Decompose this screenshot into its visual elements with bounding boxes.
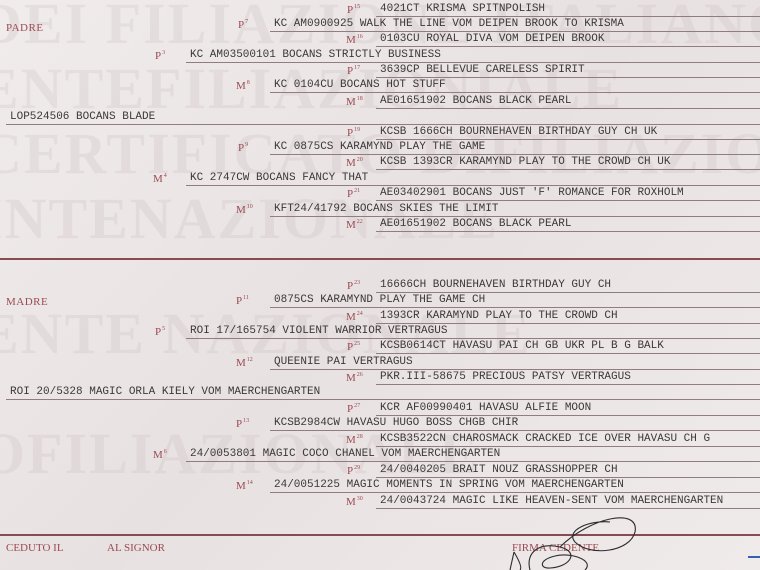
pedigree-tag: M14 (236, 480, 253, 492)
pedigree-tag: M18 (346, 96, 363, 108)
ancestor-entry: 3639CP BELLEVUE CARELESS SPIRIT (376, 64, 760, 78)
ancestor-entry: KC AM03500101 BOCANS STRICTLY BUSINESS (186, 49, 760, 63)
sire-section-label: PADRE (6, 22, 44, 34)
pedigree-tag: P9 (238, 142, 248, 154)
ancestor-entry: KCR AF00990401 HAVASU ALFIE MOON (376, 402, 760, 416)
ancestor-entry: KCSB 1666CH BOURNEHAVEN BIRTHDAY GUY CH … (376, 126, 760, 140)
pedigree-tag: M22 (346, 219, 363, 231)
pedigree-tag: P13 (236, 418, 249, 430)
pedigree-tag: M24 (346, 311, 363, 323)
pedigree-tag: P23 (347, 280, 360, 292)
ancestor-entry: ROI 17/165754 VIOLENT WARRIOR VERTRAGUS (186, 325, 760, 339)
pedigree-tag: P15 (347, 4, 360, 16)
ancestor-entry: KCSB2984CW HAVASU HUGO BOSS CHGB CHIR (270, 417, 760, 431)
pedigree-tag: M30 (346, 496, 363, 508)
sire-subject-entry: LOP524506 BOCANS BLADE (6, 111, 760, 125)
pedigree-tag: P7 (238, 19, 248, 31)
ancestor-entry: KC 2747CW BOCANS FANCY THAT (186, 172, 760, 186)
pedigree-tag: M6 (153, 449, 167, 461)
pedigree-tag: P29 (347, 465, 360, 477)
dam-section-label: MADRE (6, 296, 48, 308)
ancestor-entry: KFT24/41792 BOCANS SKIES THE LIMIT (270, 203, 760, 217)
ancestor-entry: 24/0053801 MAGIC COCO CHANEL VOM MAERCHE… (186, 448, 760, 462)
ancestor-entry: KC AM0900925 WALK THE LINE VOM DEIPEN BR… (270, 18, 760, 32)
pedigree-tag: M20 (346, 157, 363, 169)
ancestor-entry: PKR.III-58675 PRECIOUS PATSY VERTRAGUS (376, 371, 760, 385)
pedigree-tag: M16 (346, 34, 363, 46)
section-divider (0, 258, 760, 260)
ancestor-entry: 24/0043724 MAGIC LIKE HEAVEN-SENT VOM MA… (376, 495, 760, 509)
ancestor-entry: AE01651902 BOCANS BLACK PEARL (376, 95, 760, 109)
pedigree-tag: M28 (346, 434, 363, 446)
ancestor-entry: 0875CS KARAMYND PLAY THE GAME CH (270, 294, 760, 308)
ancestor-entry: KC 0104CU BOCANS HOT STUFF (270, 79, 760, 93)
pedigree-tag: M8 (236, 80, 250, 92)
ancestor-entry: KC 0875CS KARAMYND PLAY THE GAME (270, 141, 760, 155)
ancestor-entry: KCSB0614CT HAVASU PAI CH GB UKR PL B G B… (376, 340, 760, 354)
ancestor-entry: 0103CU ROYAL DIVA VOM DEIPEN BROOK (376, 33, 760, 47)
pedigree-tag: P21 (347, 188, 360, 200)
ancestor-entry: AE01651902 BOCANS BLACK PEARL (376, 218, 760, 232)
pedigree-tag: P25 (347, 341, 360, 353)
ancestor-entry: KCSB3522CN CHAROSMACK CRACKED ICE OVER H… (376, 433, 760, 447)
ancestor-entry: KCSB 1393CR KARAMYND PLAY TO THE CROWD C… (376, 156, 760, 170)
ancestor-entry: 16666CH BOURNEHAVEN BIRTHDAY GUY CH (376, 279, 760, 293)
ceduto-il-label: CEDUTO IL (6, 542, 64, 554)
pedigree-tag: M12 (236, 357, 253, 369)
pedigree-tag: M4 (153, 173, 167, 185)
ancestor-entry: 24/0051225 MAGIC MOMENTS IN SPRING VOM M… (270, 479, 760, 493)
pedigree-tag: P27 (347, 403, 360, 415)
ancestor-entry: 1393CR KARAMYND PLAY TO THE CROWD CH (376, 310, 760, 324)
pedigree-tag: M26 (346, 372, 363, 384)
signature-icon (500, 512, 660, 570)
ink-mark (748, 556, 760, 558)
ancestor-entry: 24/0040205 BRAIT NOUZ GRASSHOPPER CH (376, 464, 760, 478)
pedigree-tag: P5 (155, 326, 165, 338)
ancestor-entry: AE03402901 BOCANS JUST 'F' ROMANCE FOR R… (376, 187, 760, 201)
pedigree-tag: P17 (347, 65, 360, 77)
pedigree-tag: P3 (155, 50, 165, 62)
dam-subject-entry: ROI 20/5328 MAGIC ORLA KIELY VOM MAERCHE… (6, 386, 760, 400)
al-signor-label: AL SIGNOR (107, 542, 165, 554)
ancestor-entry: 4021CT KRISMA SPITNPOLISH (376, 3, 760, 17)
pedigree-tag: M10 (236, 204, 253, 216)
pedigree-tag: P11 (236, 295, 249, 307)
pedigree-tag: P19 (347, 127, 360, 139)
ancestor-entry: QUEENIE PAI VERTRAGUS (270, 356, 760, 370)
